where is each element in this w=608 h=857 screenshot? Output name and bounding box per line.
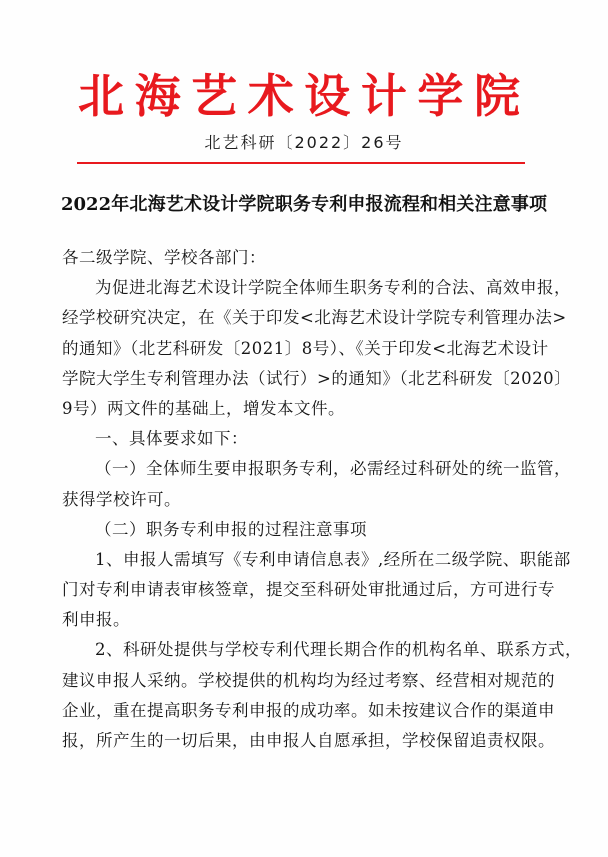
paragraph-line: 门对专利申请表审核签章，提交至科研处审批通过后，方可进行专 xyxy=(62,575,548,605)
paragraph-line: 建议申报人采纳。学校提供的机构均为经过考察、经营相对规范的 xyxy=(62,666,548,696)
paragraph-line: 的通知》（北艺科研发〔2021〕8号）、《关于印发<北海艺术设计 xyxy=(62,334,548,364)
document-body: 各二级学院、学校各部门： 为促进北海艺术设计学院全体师生职务专利的合法、高效申报… xyxy=(62,243,548,756)
paragraph-line: 9号）两文件的基础上，增发本文件。 xyxy=(62,394,548,424)
document-page: 北海艺术设计学院 北艺科研〔2022〕26号 2022年北海艺术设计学院职务专利… xyxy=(0,0,608,857)
paragraph-line: 报，所产生的一切后果，由申报人自愿承担，学校保留追责权限。 xyxy=(62,726,548,756)
subsection-heading: （二）职务专利申报的过程注意事项 xyxy=(62,515,548,545)
paragraph-line: （一）全体师生要申报职务专利，必需经过科研处的统一监管， xyxy=(62,454,548,484)
paragraph-line: 企业，重在提高职务专利申报的成功率。如未按建议合作的渠道申 xyxy=(62,696,548,726)
paragraph-line: 为促进北海艺术设计学院全体师生职务专利的合法、高效申报， xyxy=(62,273,548,303)
org-letterhead: 北海艺术设计学院 xyxy=(78,68,524,124)
document-number: 北艺科研〔2022〕26号 xyxy=(0,131,608,155)
salutation: 各二级学院、学校各部门： xyxy=(62,243,548,273)
paragraph-line: 2、科研处提供与学校专利代理长期合作的机构名单、联系方式， xyxy=(62,635,548,665)
section-heading: 一、具体要求如下： xyxy=(62,424,548,454)
paragraph-line: 获得学校许可。 xyxy=(62,485,548,515)
paragraph-line: 1、申报人需填写《专利申请信息表》,经所在二级学院、职能部 xyxy=(62,545,548,575)
document-title: 2022年北海艺术设计学院职务专利申报流程和相关注意事项 xyxy=(61,192,547,218)
paragraph-line: 经学校研究决定，在《关于印发<北海艺术设计学院专利管理办法> xyxy=(62,303,548,333)
letterhead-divider xyxy=(77,162,525,164)
paragraph-line: 学院大学生专利管理办法（试行）>的通知》（北艺科研发〔2020〕 xyxy=(62,364,548,394)
paragraph-line: 利申报。 xyxy=(62,605,548,635)
